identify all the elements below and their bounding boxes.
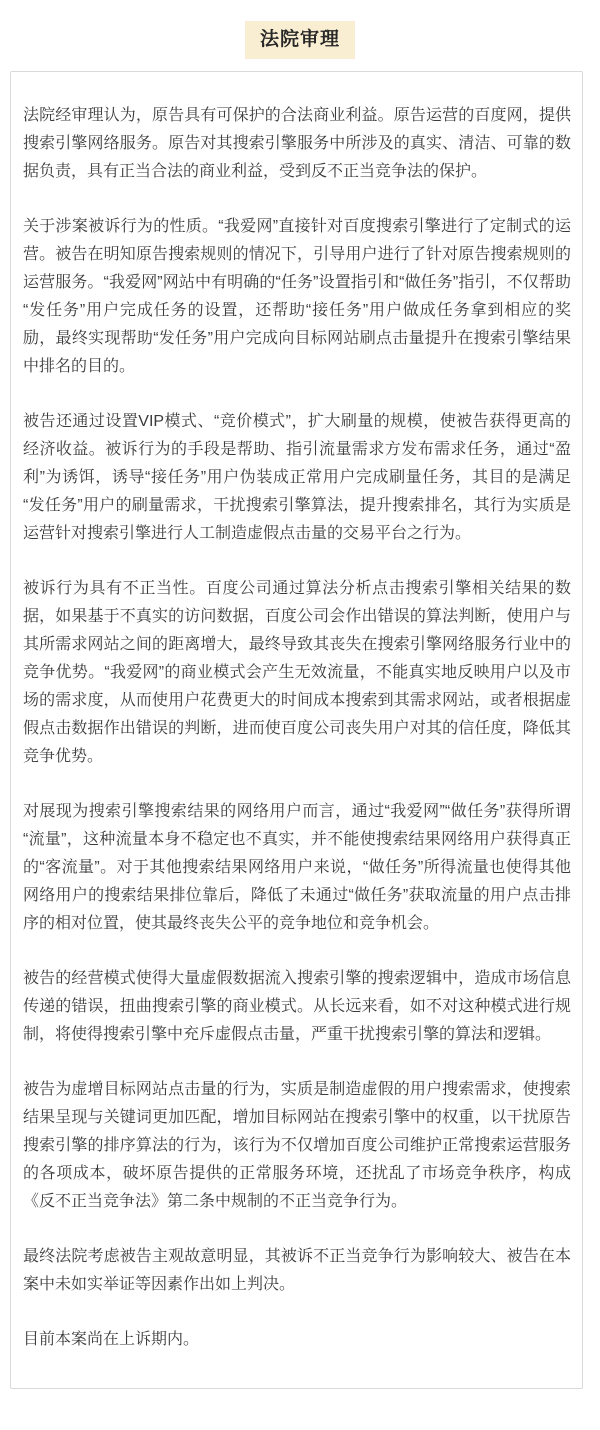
paragraph-legal-conclusion: 被告为虚增目标网站点击量的行为，实质是制造虚假的用户搜索需求，使搜索结果呈现与关…	[23, 1076, 571, 1216]
paragraph-business-model-harm: 被告的经营模式使得大量虚假数据流入搜索引擎的搜索逻辑中，造成市场信息传递的错误，…	[23, 965, 571, 1049]
section-title-badge: 法院审理	[245, 21, 355, 59]
paragraph-court-finding: 法院经审理认为，原告具有可保护的合法商业利益。原告运营的百度网，提供搜索引擎网络…	[23, 102, 571, 186]
paragraph-judgment-factors: 最终法院考虑被告主观故意明显，其被诉不正当竞争行为影响较大、被告在本案中未如实举…	[23, 1243, 571, 1299]
paragraph-vip-mode: 被告还通过设置VIP模式、“竞价模式”，扩大刷量的规模，使被告获得更高的经济收益…	[23, 408, 571, 548]
section-header: 法院审理	[0, 0, 600, 59]
paragraph-appeal-status: 目前本案尚在上诉期内。	[23, 1326, 571, 1354]
paragraph-network-users: 对展现为搜索引擎搜索结果的网络用户而言，通过“我爱网”“做任务”获得所谓“流量”…	[23, 798, 571, 938]
paragraph-conduct-nature: 关于涉案被诉行为的性质。“我爱网”直接针对百度搜索引擎进行了定制式的运营。被告在…	[23, 213, 571, 381]
paragraph-improper-nature: 被诉行为具有不正当性。百度公司通过算法分析点击搜索引擎相关结果的数据，如果基于不…	[23, 575, 571, 771]
content-card: 法院经审理认为，原告具有可保护的合法商业利益。原告运营的百度网，提供搜索引擎网络…	[10, 71, 583, 1389]
